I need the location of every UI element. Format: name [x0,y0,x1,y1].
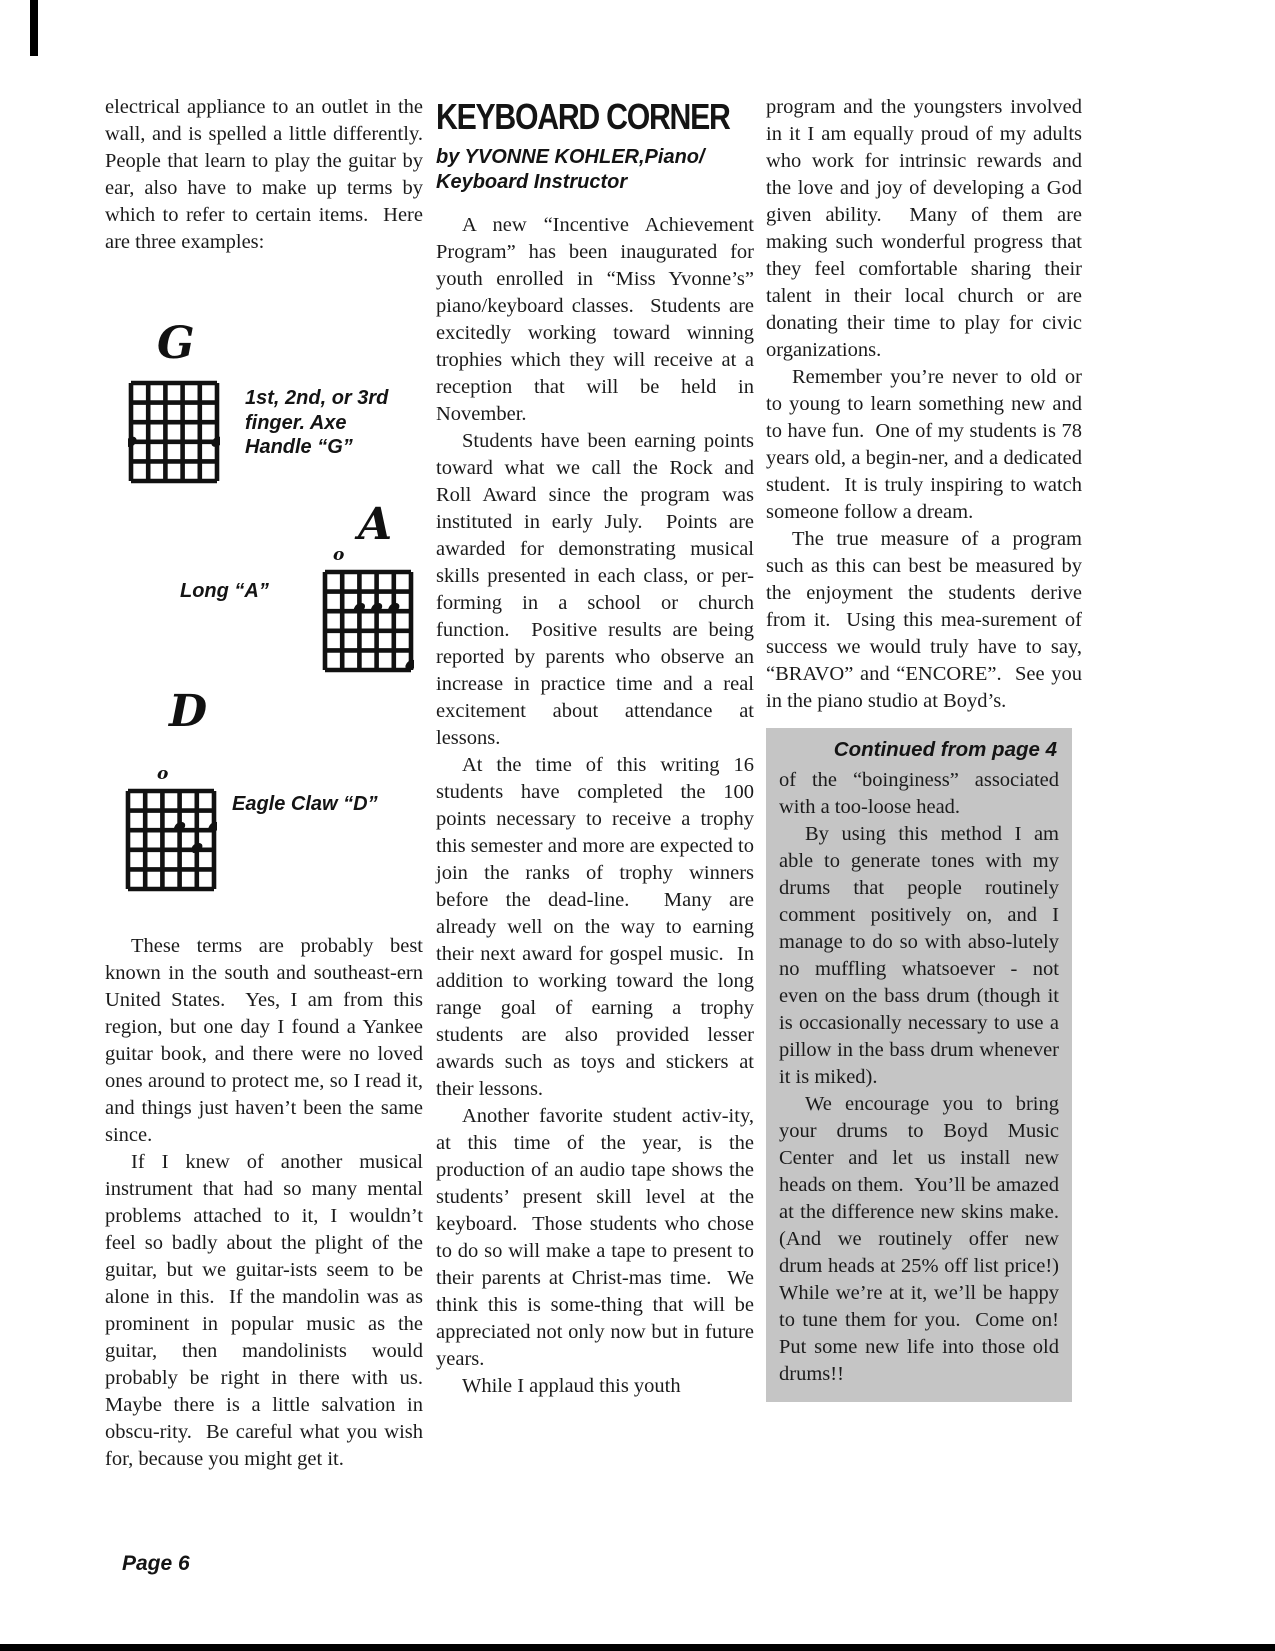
chord-letter-a: A [358,503,392,547]
continued-box-paragraph-1: of the “boinginess” associated with a to… [779,767,1059,821]
chord-diagram-g: G 1st, 2nd, or 3rd finger. Axe Handle “G… [105,320,423,490]
chord-diagram-d: D o Eagle Claw “D” [105,690,423,905]
continued-box-paragraph-3: We encourage you to bring your drums to … [779,1091,1059,1388]
chord-caption-d: Eagle Claw “D” [232,792,402,817]
middle-paragraph-1: A new “Incentive Achievement Program” ha… [436,212,754,428]
middle-paragraph-2: Students have been earning points toward… [436,428,754,752]
chord-letter-d: D [169,690,207,734]
continued-box-header: Continued from page 4 [779,738,1059,762]
page-number: Page 6 [122,1552,190,1576]
right-paragraph-2: Remember you’re never to old or to young… [766,364,1082,526]
guitar-chord-grid-d-icon [125,788,217,892]
right-paragraph-continuation: program and the youngsters involved in i… [766,94,1082,364]
scan-artifact-top-left [30,0,38,56]
chord-letter-g: G [157,322,195,366]
continued-from-page-4-box: Continued from page 4 of the “boinginess… [766,728,1072,1402]
article-byline: by YVONNE KOHLER,Piano/ Keyboard Instruc… [436,145,754,195]
right-paragraph-3: The true measure of a program such as th… [766,526,1082,715]
left-column: electrical appliance to an outlet in the… [105,94,423,256]
left-paragraph-2: These terms are probably best known in t… [105,933,423,1149]
middle-column: KEYBOARD CORNER by YVONNE KOHLER,Piano/ … [436,96,754,1400]
open-string-mark-a: o [333,547,344,564]
newsletter-page: electrical appliance to an outlet in the… [0,0,1275,1651]
chord-caption-a: Long “A” [180,579,320,604]
left-paragraph-continuation: electrical appliance to an outlet in the… [105,94,423,256]
middle-paragraph-5: While I applaud this youth [436,1373,754,1400]
left-column-lower: These terms are probably best known in t… [105,933,423,1473]
right-column: program and the youngsters involved in i… [766,94,1082,1402]
open-string-mark-d: o [157,766,168,783]
chord-diagram-a: A o Long “A” [105,495,423,675]
guitar-chord-grid-g-icon [128,380,220,484]
left-paragraph-3: If I knew of another musical instrument … [105,1149,423,1473]
middle-paragraph-4: Another favorite student activ-ity, at t… [436,1103,754,1373]
scan-artifact-bottom-edge [0,1644,1275,1651]
middle-paragraph-3: At the time of this writing 16 students … [436,752,754,1103]
article-title: KEYBOARD CORNER [436,96,703,138]
guitar-chord-grid-a-icon [322,569,414,673]
continued-box-paragraph-2: By using this method I am able to genera… [779,821,1059,1091]
chord-caption-g: 1st, 2nd, or 3rd finger. Axe Handle “G” [245,386,410,460]
